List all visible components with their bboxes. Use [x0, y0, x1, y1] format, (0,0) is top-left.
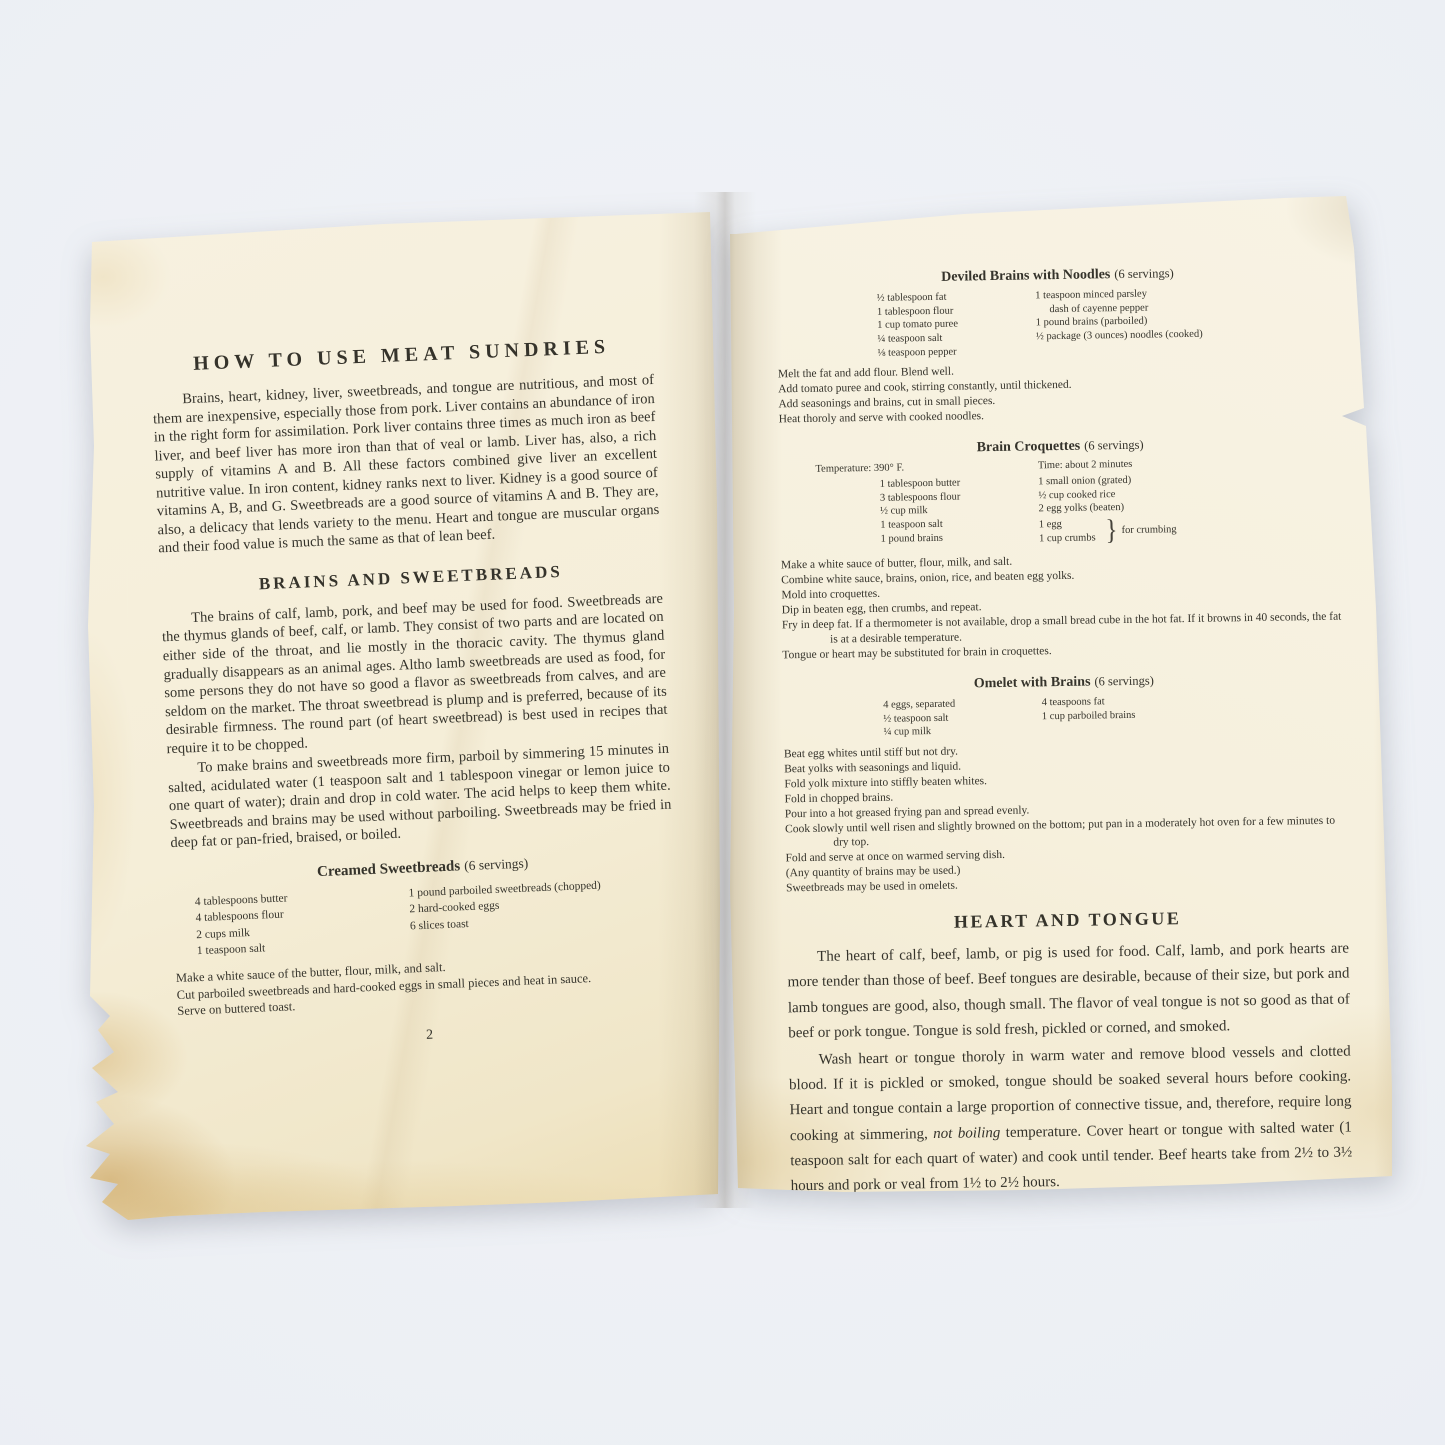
right-page-content: Deviled Brains with Noodles (6 servings)… — [776, 244, 1353, 1226]
temperature-label: Temperature: 390° F. — [779, 460, 1038, 475]
ingredient: ¼ teaspoon salt — [877, 330, 1036, 346]
recipe-directions: Melt the fat and add flour. Blend well. … — [778, 359, 1341, 428]
ingredient: 6 slices toast — [410, 907, 676, 934]
direction-line: Fold and serve at once on warmed serving… — [785, 843, 1347, 867]
ingredient: 3 tablespoons flour — [880, 489, 1039, 505]
recipe-servings: (6 servings) — [1084, 438, 1144, 453]
section-heading-brains-sweetbreads: BRAINS AND SWEETBREADS — [160, 558, 662, 599]
direction-line: Tongue or heart may be substituted for b… — [782, 640, 1344, 664]
direction-line: (Any quantity of brains may be used.) — [786, 858, 1348, 882]
direction-line: Fold yolk mixture into stiffly beaten wh… — [784, 768, 1346, 792]
ingredient: ⅛ teaspoon pepper — [878, 344, 1037, 360]
direction-line: Sweetbreads may be used in omelets. — [786, 873, 1348, 897]
ingredient: ½ tablespoon fat — [877, 289, 1036, 305]
ingredient: 1 cup crumbs — [1039, 532, 1096, 547]
left-page: HOW TO USE MEAT SUNDRIES Brains, heart, … — [84, 206, 728, 1220]
recipe-name: Deviled Brains with Noodles — [941, 267, 1110, 285]
ingredient: ¼ cup milk — [883, 724, 1042, 740]
ingredients-left-column: 1 tablespoon butter 3 tablespoons flour … — [780, 475, 1040, 552]
ingredients-right-column: 4 teaspoons fat 1 cup parboiled brains — [1042, 691, 1346, 737]
ingredient: 1 teaspoon minced parsley — [1035, 285, 1339, 303]
recipe-name: Omelet with Brains — [974, 674, 1091, 691]
ingredient: 1 tablespoon flour — [877, 303, 1036, 319]
paragraph-text: Wash heart or tongue thoroly in warm wat… — [789, 1043, 1352, 1143]
ingredient: ½ teaspoon salt — [883, 710, 1042, 726]
intro-paragraph: Brains, heart, kidney, liver, sweetbread… — [152, 371, 660, 558]
brains-paragraph-1: The brains of calf, lamb, pork, and beef… — [161, 590, 669, 759]
crumbing-items: 1 egg 1 cup crumbs — [1039, 518, 1096, 546]
recipe-name: Brain Croquettes — [977, 439, 1081, 456]
direction-line: Make a white sauce of butter, flour, mil… — [781, 550, 1343, 574]
page-title: HOW TO USE MEAT SUNDRIES — [150, 334, 653, 378]
direction-line: Add seasonings and brains, cut in small … — [778, 389, 1340, 413]
ingredient: 2 egg yolks (beaten) — [1039, 498, 1343, 516]
left-page-paper: HOW TO USE MEAT SUNDRIES Brains, heart, … — [84, 206, 728, 1220]
ingredients-right-column: 1 pound parboiled sweetbreads (chopped) … — [408, 875, 677, 951]
photo-background: HOW TO USE MEAT SUNDRIES Brains, heart, … — [0, 0, 1445, 1445]
temperature-time-row: Temperature: 390° F. Time: about 2 minut… — [779, 456, 1341, 476]
recipe-servings: (6 servings) — [464, 856, 529, 874]
ingredient: 1 teaspoon salt — [880, 516, 1039, 532]
direction-line: Fry in deep fat. If a thermometer is not… — [782, 610, 1344, 649]
ingredient: 4 tablespoons butter — [195, 885, 409, 910]
ingredient-columns: 4 eggs, separated ½ teaspoon salt ¼ cup … — [783, 691, 1346, 741]
crumbing-label: for crumbing — [1121, 523, 1176, 538]
ingredient: 4 tablespoons flour — [195, 902, 409, 927]
direction-line: Serve on buttered toast. — [177, 983, 679, 1020]
ingredient: 1 small onion (grated) — [1038, 471, 1342, 489]
direction-line: Dip in beaten egg, then crumbs, and repe… — [782, 595, 1344, 619]
recipe-servings: (6 servings) — [1114, 266, 1174, 281]
recipe-directions: Beat egg whites until stiff but not dry.… — [784, 738, 1348, 896]
direction-line: Beat yolks with seasonings and liquid. — [784, 753, 1346, 777]
recipe-servings: (6 servings) — [1094, 673, 1154, 688]
recipe-heading-brain-croquettes: Brain Croquettes (6 servings) — [779, 433, 1341, 460]
ingredient: 1 pound brains — [880, 530, 1039, 546]
right-page-paper: Deviled Brains with Noodles (6 servings)… — [724, 188, 1396, 1192]
ingredient-columns: 4 tablespoons butter 4 tablespoons flour… — [173, 875, 677, 961]
ingredient: 1 pound parboiled sweetbreads (chopped) — [408, 875, 674, 902]
heart-paragraph-2: Wash heart or tongue thoroly in warm wat… — [789, 1039, 1353, 1199]
ingredients-left-column: ½ tablespoon fat 1 tablespoon flour 1 cu… — [777, 289, 1037, 361]
direction-line: Add tomato puree and cook, stirring cons… — [778, 374, 1340, 398]
recipe-name: Creamed Sweetbreads — [317, 858, 461, 880]
ingredient: 4 eggs, separated — [883, 696, 1042, 712]
page-number-left: 2 — [178, 1017, 680, 1054]
ingredients-right-column: 1 small onion (grated) ½ cup cooked rice… — [1038, 471, 1343, 549]
ingredient-columns: 1 tablespoon butter 3 tablespoons flour … — [780, 471, 1343, 553]
ingredients-left-column: 4 eggs, separated ½ teaspoon salt ¼ cup … — [783, 696, 1042, 741]
recipe-directions: Make a white sauce of butter, flour, mil… — [781, 550, 1345, 663]
center-fold-shadow — [694, 192, 756, 1208]
direction-line: Combine white sauce, brains, onion, rice… — [781, 565, 1343, 589]
crumbing-bracket-group: 1 egg 1 cup crumbs } for crumbing — [1039, 511, 1343, 548]
ingredients-right-column: 1 teaspoon minced parsley dash of cayenn… — [1035, 285, 1340, 358]
ingredient: 1 pound brains (parboiled) — [1036, 312, 1340, 330]
ingredient: 1 tablespoon butter — [880, 475, 1039, 491]
direction-line: Make a white sauce of the butter, flour,… — [176, 950, 678, 987]
direction-line: Mold into croquettes. — [781, 580, 1343, 604]
brains-paragraph-2: To make brains and sweetbreads more firm… — [167, 740, 672, 853]
ingredient: 1 teaspoon salt — [197, 934, 411, 959]
ingredient: ½ cup milk — [880, 503, 1039, 519]
direction-line: Cook slowly until well risen and slightl… — [785, 813, 1347, 852]
direction-line: Beat egg whites until stiff but not dry. — [784, 738, 1346, 762]
time-label: Time: about 2 minutes — [1038, 459, 1133, 471]
direction-line: Cut parboiled sweetbreads and hard-cooke… — [176, 966, 678, 1003]
recipe-heading-deviled-brains: Deviled Brains with Noodles (6 servings) — [776, 262, 1338, 289]
ingredient: ½ cup cooked rice — [1038, 484, 1342, 502]
page-number-right: 3 — [791, 1201, 1353, 1226]
direction-line: Pour into a hot greased frying pan and s… — [785, 798, 1347, 822]
ingredient: 1 egg — [1039, 518, 1096, 533]
recipe-directions: Make a white sauce of the butter, flour,… — [176, 950, 680, 1020]
right-page: Deviled Brains with Noodles (6 servings)… — [724, 188, 1396, 1192]
ingredient: 1 cup tomato puree — [877, 317, 1036, 333]
recipe-heading-omelet-with-brains: Omelet with Brains (6 servings) — [783, 668, 1345, 695]
recipe-heading-creamed-sweetbreads: Creamed Sweetbreads (6 servings) — [172, 849, 674, 888]
ingredients-left-column: 4 tablespoons butter 4 tablespoons flour… — [173, 885, 411, 960]
ingredient: 2 hard-cooked eggs — [409, 891, 675, 918]
ingredient: 2 cups milk — [196, 918, 410, 943]
heart-paragraph-1: The heart of calf, beef, lamb, or pig is… — [787, 937, 1351, 1047]
italic-phrase: not boiling — [933, 1125, 1000, 1142]
ingredient: 1 cup parboiled brains — [1042, 705, 1346, 723]
ingredient: ½ package (3 ounces) noodles (cooked) — [1036, 325, 1340, 343]
ingredient-columns: ½ tablespoon fat 1 tablespoon flour 1 cu… — [777, 285, 1340, 362]
paragraph-text: temperature. Cover heart or tongue with … — [790, 1119, 1352, 1194]
left-page-content: HOW TO USE MEAT SUNDRIES Brains, heart, … — [150, 334, 680, 1054]
direction-line: Heat thoroly and serve with cooked noodl… — [779, 404, 1341, 428]
ingredient: dash of cayenne pepper — [1035, 298, 1339, 316]
crumbing-group: 1 egg 1 cup crumbs } for crumbing — [1039, 511, 1343, 548]
brace-glyph: } — [1105, 513, 1118, 551]
section-heading-heart-tongue: HEART AND TONGUE — [786, 906, 1348, 936]
ingredient: 4 teaspoons fat — [1042, 691, 1346, 709]
direction-line: Fold in chopped brains. — [785, 783, 1347, 807]
direction-line: Melt the fat and add flour. Blend well. — [778, 359, 1340, 383]
